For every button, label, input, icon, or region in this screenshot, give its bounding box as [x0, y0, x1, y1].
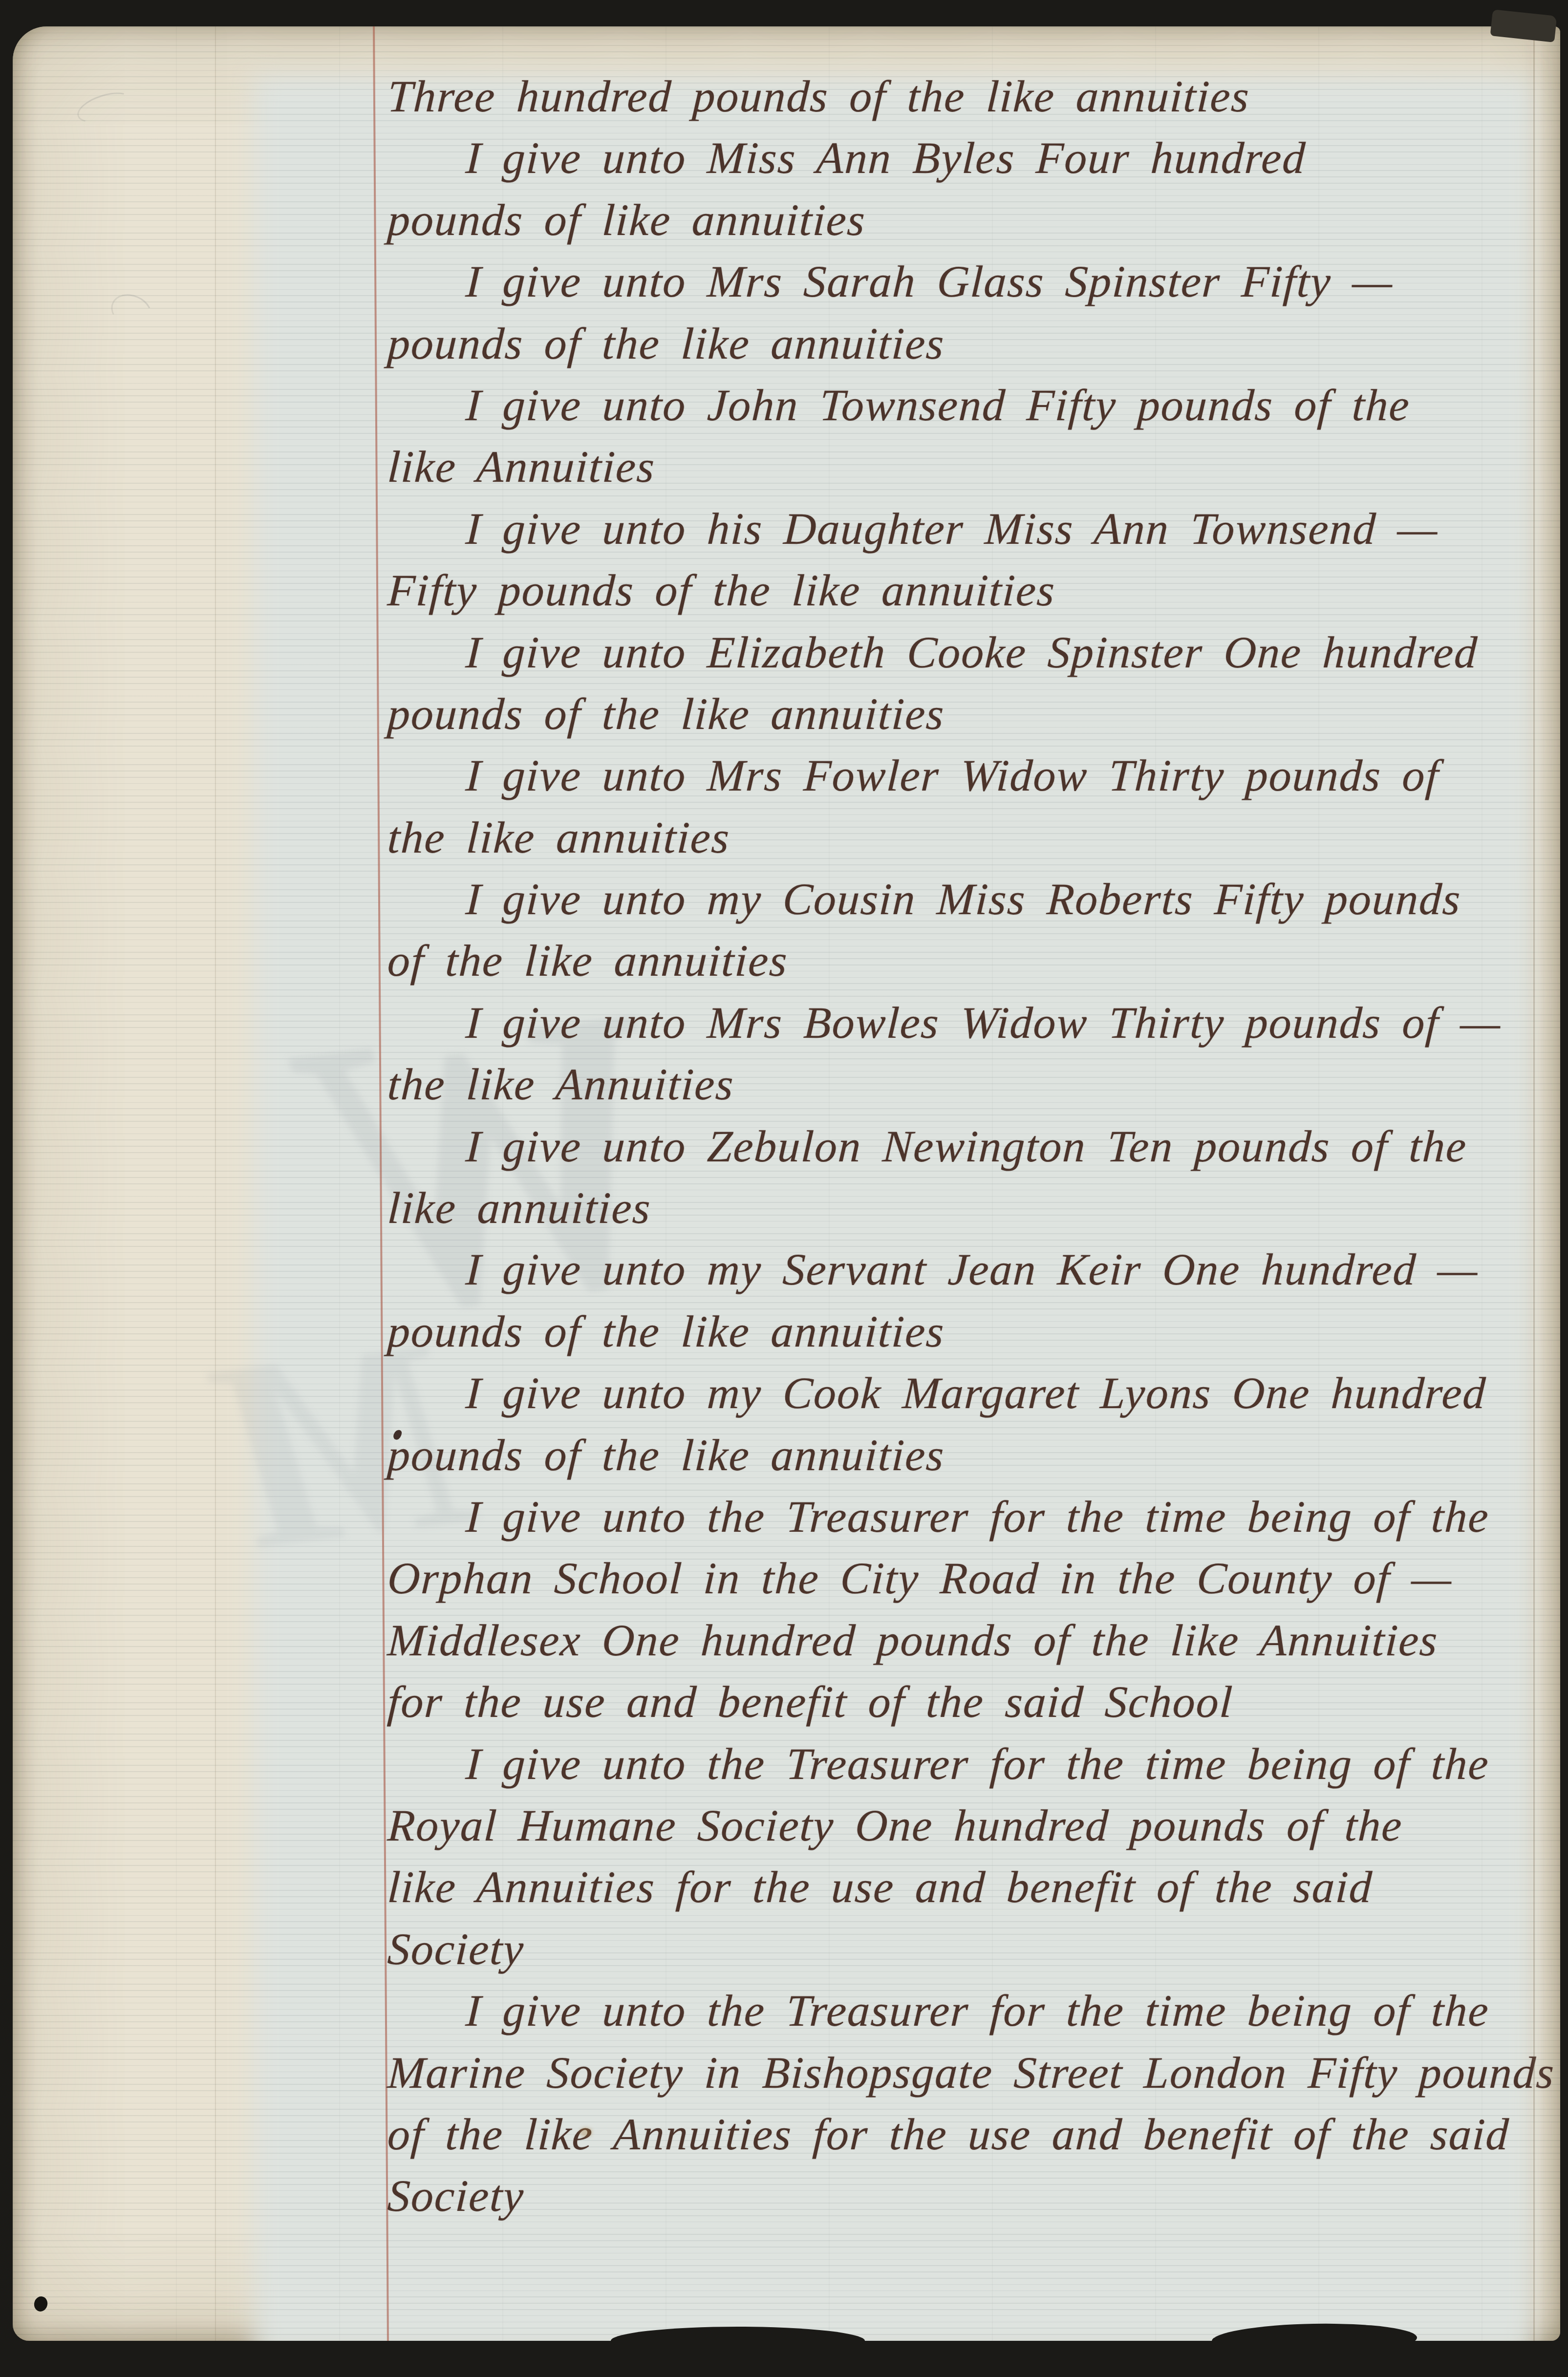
manuscript-line: Society	[386, 2165, 1544, 2227]
manuscript-line: the like Annuities	[386, 1053, 1544, 1115]
manuscript-line: Society	[386, 1918, 1544, 1980]
manuscript-line: I give unto my Cook Margaret Lyons One h…	[386, 1362, 1544, 1424]
manuscript-line: like annuities	[386, 1177, 1544, 1239]
manuscript-page: W M Three hundred pounds of the like ann…	[13, 26, 1560, 2341]
manuscript-line: I give unto his Daughter Miss Ann Townse…	[386, 498, 1544, 559]
manuscript-line: pounds of the like annuities	[386, 1424, 1544, 1486]
manuscript-line: for the use and benefit of the said Scho…	[386, 1671, 1544, 1733]
manuscript-line: Three hundred pounds of the like annuiti…	[386, 65, 1544, 127]
manuscript-line: Royal Humane Society One hundred pounds …	[386, 1795, 1544, 1856]
manuscript-line: I give unto Mrs Fowler Widow Thirty poun…	[386, 745, 1544, 806]
manuscript-line: I give unto the Treasurer for the time b…	[386, 1733, 1544, 1795]
manuscript-line: Middlesex One hundred pounds of the like…	[386, 1609, 1544, 1671]
manuscript-line: I give unto my Cousin Miss Roberts Fifty…	[386, 868, 1544, 930]
manuscript-line: I give unto my Servant Jean Keir One hun…	[386, 1239, 1544, 1300]
manuscript-text-block: Three hundred pounds of the like annuiti…	[386, 65, 1541, 2227]
manuscript-line: I give unto Mrs Bowles Widow Thirty poun…	[386, 992, 1544, 1053]
manuscript-line: pounds of the like annuities	[386, 683, 1544, 745]
manuscript-line: pounds of the like annuities	[386, 313, 1544, 374]
page-edge-crease	[1533, 26, 1535, 2341]
manuscript-line: pounds of the like annuities	[386, 1301, 1544, 1362]
manuscript-line: Orphan School in the City Road in the Co…	[386, 1547, 1544, 1609]
manuscript-line: Marine Society in Bishopsgate Street Lon…	[386, 2042, 1544, 2103]
manuscript-line: I give unto Elizabeth Cooke Spinster One…	[386, 621, 1544, 683]
manuscript-line: like Annuities	[386, 436, 1544, 497]
manuscript-line: I give unto Mrs Sarah Glass Spinster Fif…	[386, 251, 1544, 312]
manuscript-line: like Annuities for the use and benefit o…	[386, 1856, 1544, 1918]
manuscript-line: I give unto the Treasurer for the time b…	[386, 1486, 1544, 1547]
manuscript-line: the like annuities	[386, 807, 1544, 868]
manuscript-line: I give unto Miss Ann Byles Four hundred	[386, 127, 1544, 189]
manuscript-line: I give unto John Townsend Fifty pounds o…	[386, 374, 1544, 436]
gutter-crease	[215, 26, 216, 2341]
scan-background: W M Three hundred pounds of the like ann…	[0, 0, 1568, 2377]
manuscript-line: I give unto the Treasurer for the time b…	[386, 1980, 1544, 2041]
foxing-spot	[580, 2127, 592, 2137]
scan-edge-shadow	[611, 2327, 865, 2355]
manuscript-line: Fifty pounds of the like annuities	[386, 559, 1544, 621]
manuscript-line: I give unto Zebulon Newington Ten pounds…	[386, 1115, 1544, 1177]
manuscript-line: pounds of like annuities	[386, 189, 1544, 251]
manuscript-line: of the like annuities	[386, 930, 1544, 991]
manuscript-line: of the like Annuities for the use and be…	[386, 2103, 1544, 2165]
